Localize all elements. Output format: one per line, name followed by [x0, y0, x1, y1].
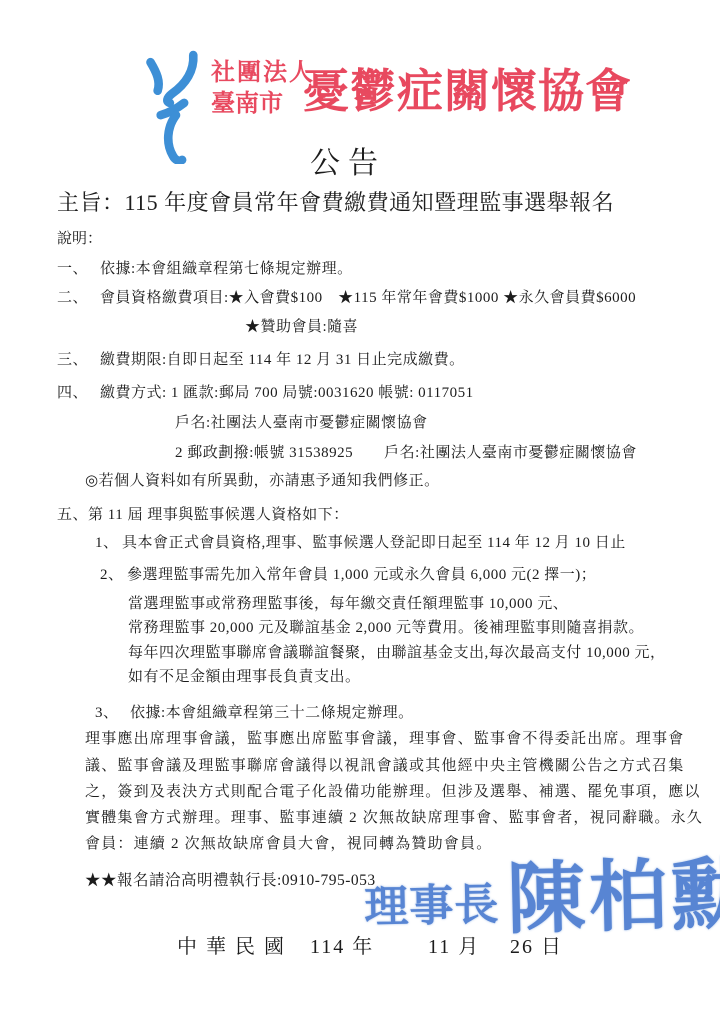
- explanation-label: 說明：: [57, 227, 102, 248]
- sub-item-2-continuation-4: 如有不足金額由理事長負責支出。: [128, 665, 361, 686]
- org-title: 憂鬱症關懷協會: [303, 55, 632, 121]
- bylaws-paragraph-line-3: 之，簽到及表決方式則配合電子化設備功能辦理。但涉及選舉、補選、罷免事項，應以: [85, 780, 701, 801]
- bylaws-paragraph-line-1: 理事應出席理事會議，監事應出席監事會議，理事會、監事會不得委託出席。理事會: [85, 727, 684, 748]
- org-prefix-line1: 社團法人: [211, 58, 315, 89]
- date-day: 26 日: [510, 930, 563, 959]
- sub-item-2-continuation-1: 當選理監事或常務理監事後，每年繳交責任額理監事 10,000 元、: [128, 592, 568, 613]
- item-number: 四、: [57, 381, 100, 402]
- item-text: 第 11 屆 理事與監事候選人資格如下：: [88, 507, 349, 523]
- registration-contact-line: ★★報名請洽高明禮執行長:0910-795-053: [85, 868, 376, 890]
- sub-item-1: 1、具本會正式會員資格,理事、監事候選人登記即日起至 114 年 12 月 10…: [95, 531, 626, 552]
- list-item-4: 四、繳費方式: 1 匯款:郵局 700 局號:0031620 帳號: 01170…: [57, 381, 474, 402]
- item-text: 會員資格繳費項目:★入會費$100 ★115 年常年會費$1000 ★永久會員費…: [100, 290, 636, 306]
- subject-line: 主旨：115 年度會員常年會費繳費通知暨理監事選舉報名: [57, 186, 614, 217]
- item-number: 五、: [57, 503, 88, 524]
- bylaws-paragraph-line-2: 議、監事會議及理監事聯席會議得以視訊會議或其他經中央主管機關公告之方式召集: [85, 754, 684, 775]
- list-item-2-continuation: ★贊助會員:隨喜: [245, 315, 358, 336]
- announcement-document: 社團法人 臺南市 憂鬱症關懷協會 公告 主旨：115 年度會員常年會費繳費通知暨…: [0, 0, 720, 1018]
- item-number: 1、: [95, 531, 122, 552]
- item-number: 三、: [57, 348, 100, 369]
- org-prefix: 社團法人 臺南市: [211, 58, 315, 120]
- item-number: 3、: [95, 701, 130, 722]
- item-text: 繳費方式: 1 匯款:郵局 700 局號:0031620 帳號: 0117051: [100, 385, 474, 401]
- date-era: 中華民國: [177, 930, 293, 959]
- list-item-3: 三、繳費期限:自即日起至 114 年 12 月 31 日止完成繳費。: [57, 348, 465, 369]
- item-text: 依據:本會組織章程第七條規定辦理。: [100, 261, 353, 277]
- date-year: 114 年: [310, 930, 374, 959]
- date-month: 11 月: [428, 930, 480, 959]
- bylaws-paragraph-line-4: 實體集會方式辦理。理事、監事連續 2 次無故缺席理事會、監事會者，視同辭職。永久: [85, 806, 703, 827]
- data-correction-note: ◎若個人資料如有所異動，亦請惠予通知我們修正。: [85, 469, 440, 490]
- list-item-2: 二、會員資格繳費項目:★入會費$100 ★115 年常年會費$1000 ★永久會…: [57, 286, 636, 307]
- item-text: 具本會正式會員資格,理事、監事候選人登記即日起至 114 年 12 月 10 日…: [122, 535, 626, 551]
- sub-item-2-continuation-2: 常務理監事 20,000 元及聯誼基金 2,000 元等費用。後補理監事則隨喜捐…: [128, 616, 644, 637]
- org-prefix-line2: 臺南市: [211, 89, 315, 120]
- item-number: 一、: [57, 257, 100, 278]
- stamp-title: 理事長: [364, 868, 500, 935]
- sub-item-3: 3、依據:本會組織章程第三十二條規定辦理。: [95, 701, 414, 722]
- item-number: 2、: [100, 563, 127, 584]
- payment-account-line-1: 戶名:社團法人臺南市憂鬱症關懷協會: [175, 411, 428, 432]
- list-item-5: 五、第 11 屆 理事與監事候選人資格如下：: [57, 503, 349, 524]
- payment-account-line-2: 2 郵政劃撥:帳號 31538925 戶名:社團法人臺南市憂鬱症關懷協會: [175, 441, 637, 462]
- item-number: 二、: [57, 286, 100, 307]
- sub-item-2: 2、參選理監事需先加入常年會員 1,000 元或永久會員 6,000 元(2 擇…: [100, 563, 596, 584]
- announcement-title: 公告: [0, 138, 708, 182]
- item-text: 參選理監事需先加入常年會員 1,000 元或永久會員 6,000 元(2 擇一)…: [127, 567, 596, 583]
- item-text: 依據:本會組織章程第三十二條規定辦理。: [130, 705, 414, 721]
- list-item-1: 一、依據:本會組織章程第七條規定辦理。: [57, 257, 353, 278]
- sub-item-2-continuation-3: 每年四次理監事聯席會議聯誼餐聚，由聯誼基金支出,每次最高支付 10,000 元，: [128, 641, 666, 662]
- item-text: 繳費期限:自即日起至 114 年 12 月 31 日止完成繳費。: [100, 352, 465, 368]
